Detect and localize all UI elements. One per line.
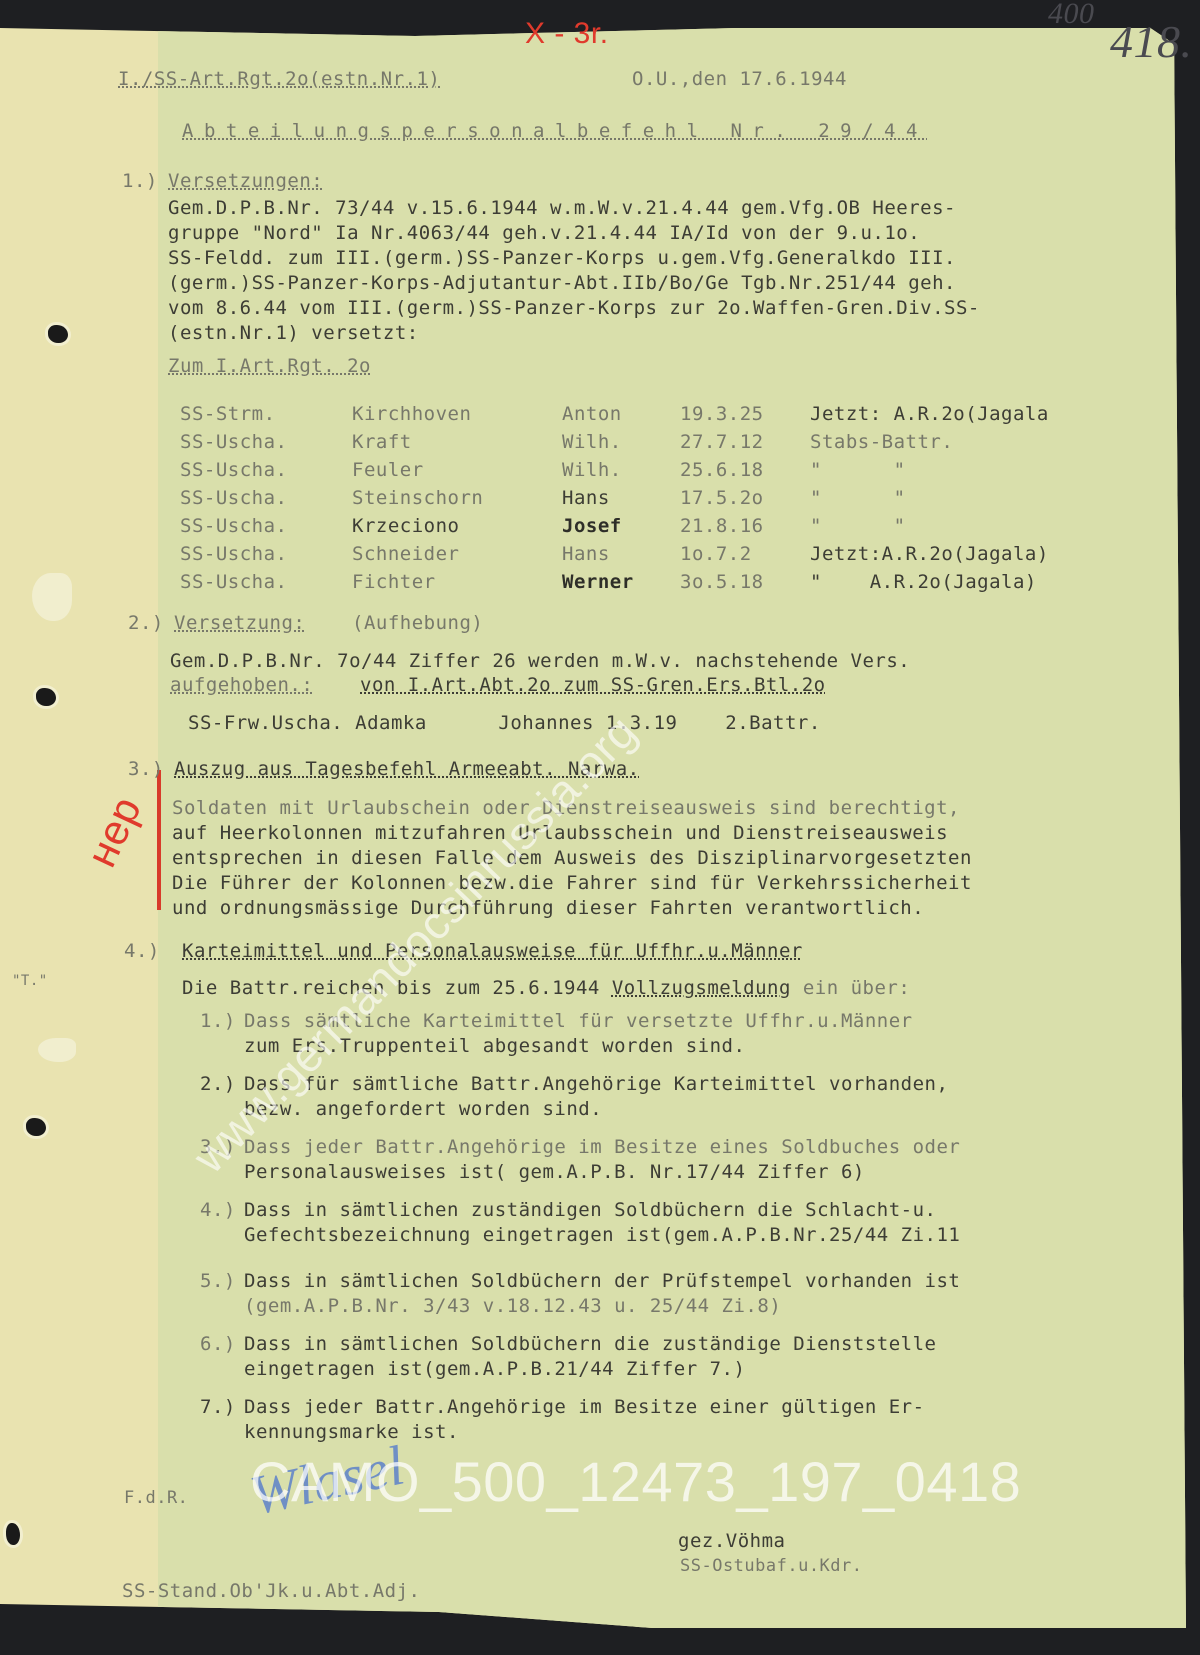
table-row: SS-Uscha. Schneider Hans 1o.7.2 Jetzt:A.…: [180, 543, 1049, 571]
transfer-entry: SS-Frw.Uscha. Adamka Johannes 1.3.19 2.B…: [188, 712, 821, 735]
birth-date: 1o.7.2: [680, 543, 810, 571]
section-body-line: (estn.Nr.1) versetzt:: [168, 322, 419, 345]
birth-date: 3o.5.18: [680, 571, 810, 599]
table-row: SS-Uscha. Kraft Wilh. 27.7.12 Stabs-Batt…: [180, 431, 1049, 459]
rank: SS-Uscha.: [180, 459, 352, 487]
birth-date: 19.3.25: [680, 403, 810, 431]
birth-date: 27.7.12: [680, 431, 810, 459]
table-row: SS-Uscha. Feuler Wilh. 25.6.18 " ": [180, 459, 1049, 487]
section-intro: Die Battr.reichen bis zum 25.6.1944 Voll…: [182, 977, 910, 1000]
first-name: Wilh.: [562, 431, 680, 459]
roster-subheading: Zum I.Art.Rgt. 2o: [168, 355, 371, 378]
surname: Schneider: [352, 543, 562, 571]
section-heading: Karteimittel und Personalausweise für Uf…: [182, 940, 803, 963]
destination: " ": [810, 487, 1049, 515]
red-archive-mark: X - 3r.: [525, 22, 609, 45]
surname: Kraft: [352, 431, 562, 459]
surname: Krzeciono: [352, 515, 562, 543]
list-item-line: (gem.A.P.B.Nr. 3/43 v.18.12.43 u. 25/44 …: [244, 1295, 781, 1318]
pencil-folio-old: 400: [1048, 2, 1095, 25]
rank: SS-Uscha.: [180, 515, 352, 543]
surname: Feuler: [352, 459, 562, 487]
birth-date: 17.5.2o: [680, 487, 810, 515]
watermark-file-id: CAMO_500_12473_197_0418: [250, 1470, 1021, 1493]
section-number: 2.): [128, 612, 164, 635]
birth-date: 25.6.18: [680, 459, 810, 487]
table-row: SS-Uscha. Fichter Werner 3o.5.18 " A.R.2…: [180, 571, 1049, 599]
list-item-line: Dass jeder Battr.Angehörige im Besitze e…: [244, 1136, 960, 1159]
birth-date: 21.8.16: [680, 515, 810, 543]
signer-rank: SS-Ostubaf.u.Kdr.: [680, 1555, 863, 1578]
section-number: 3.): [128, 758, 164, 781]
section-body-line: Gem.D.P.B.Nr. 73/44 v.15.6.1944 w.m.W.v.…: [168, 197, 956, 220]
intro-text-end: ein über:: [791, 977, 910, 999]
first-name: Josef: [562, 515, 680, 543]
rank: SS-Strm.: [180, 403, 352, 431]
surname: Fichter: [352, 571, 562, 599]
list-item-number: 1.): [200, 1010, 236, 1033]
first-name: Werner: [562, 571, 680, 599]
section-body-line: vom 8.6.44 vom III.(germ.)SS-Panzer-Korp…: [168, 297, 980, 320]
first-name: Hans: [562, 487, 680, 515]
destination: Jetzt: A.R.2o(Jagala: [810, 403, 1049, 431]
section-heading-suffix: (Aufhebung): [352, 612, 483, 635]
section-body-line: Gem.D.P.B.Nr. 7o/44 Ziffer 26 werden m.W…: [170, 650, 910, 673]
transfer-roster: SS-Strm. Kirchhoven Anton 19.3.25 Jetzt:…: [180, 403, 1049, 599]
section-number: 4.): [124, 940, 160, 963]
list-item-line: Dass in sämtlichen zuständigen Soldbüche…: [244, 1199, 936, 1222]
section-body-line: SS-Feldd. zum III.(germ.)SS-Panzer-Korps…: [168, 247, 956, 270]
adjutant-signature-line: SS-Stand.Ob'Jk.u.Abt.Adj.: [122, 1580, 420, 1603]
surname: Steinschorn: [352, 487, 562, 515]
section-body-line: gruppe "Nord" Ia Nr.4063/44 geh.v.21.4.4…: [168, 222, 920, 245]
surname: Kirchhoven: [352, 403, 562, 431]
list-item-line: eingetragen ist(gem.A.P.B.21/44 Ziffer 7…: [244, 1358, 745, 1381]
first-name: Anton: [562, 403, 680, 431]
rank: SS-Uscha.: [180, 543, 352, 571]
red-margin-note: нер: [88, 794, 139, 868]
list-item-number: 4.): [200, 1199, 236, 1222]
destination: " ": [810, 515, 1049, 543]
document-content: X - 3r. 400 418. I./SS-Art.Rgt.2o(estn.N…: [0, 0, 1200, 1655]
section-body-line: (germ.)SS-Panzer-Korps-Adjutantur-Abt.II…: [168, 272, 956, 295]
unit-designation: I./SS-Art.Rgt.2o(estn.Nr.1): [118, 68, 440, 91]
list-item-line: Dass jeder Battr.Angehörige im Besitze e…: [244, 1396, 925, 1419]
section-number: 1.): [122, 170, 158, 193]
fdr-mark: F.d.R.: [124, 1487, 188, 1510]
list-item-number: 7.): [200, 1396, 236, 1419]
table-row: SS-Uscha. Krzeciono Josef 21.8.16 " ": [180, 515, 1049, 543]
destination: " A.R.2o(Jagala): [810, 571, 1049, 599]
rank: SS-Uscha.: [180, 571, 352, 599]
list-item-line: Dass in sämtlichen Soldbüchern die zustä…: [244, 1333, 936, 1356]
list-item-number: 5.): [200, 1270, 236, 1293]
list-item-line: Personalausweises ist( gem.A.P.B. Nr.17/…: [244, 1161, 865, 1184]
section-body-line: entsprechen in diesen Falle dem Ausweis …: [172, 847, 972, 870]
table-row: SS-Strm. Kirchhoven Anton 19.3.25 Jetzt:…: [180, 403, 1049, 431]
section-body-transfer-route: von I.Art.Abt.2o zum SS-Gren.Ers.Btl.2o: [360, 674, 826, 697]
pencil-folio-number: 418.: [1110, 30, 1193, 53]
list-item-line: Dass in sämtlichen Soldbüchern der Prüfs…: [244, 1270, 960, 1293]
document-title: Abteilungspersonalbefehl Nr. 29/44: [182, 120, 928, 143]
list-item-number: 2.): [200, 1073, 236, 1096]
rank: SS-Uscha.: [180, 487, 352, 515]
intro-vollzugsmeldung: Vollzugsmeldung: [612, 977, 791, 999]
margin-stamp: "T.": [12, 970, 48, 993]
red-margin-line: [157, 770, 161, 910]
destination: " ": [810, 459, 1049, 487]
list-item-line: kennungsmarke ist.: [244, 1421, 459, 1444]
rank: SS-Uscha.: [180, 431, 352, 459]
destination: Jetzt:A.R.2o(Jagala): [810, 543, 1049, 571]
list-item-line: Gefechtsbezeichnung eingetragen ist(gem.…: [244, 1224, 960, 1247]
list-item-number: 6.): [200, 1333, 236, 1356]
table-row: SS-Uscha. Steinschorn Hans 17.5.2o " ": [180, 487, 1049, 515]
first-name: Hans: [562, 543, 680, 571]
signed-by: gez.Vöhma: [678, 1530, 785, 1553]
section-heading: Versetzung:: [174, 612, 305, 635]
section-body-aufgehoben: aufgehoben.:: [170, 674, 313, 697]
list-item-line: Dass für sämtliche Battr.Angehörige Kart…: [244, 1073, 948, 1096]
place-date: O.U.,den 17.6.1944: [632, 68, 847, 91]
section-body-line: und ordnungsmässige Durchführung dieser …: [172, 897, 924, 920]
first-name: Wilh.: [562, 459, 680, 487]
section-body-line: Die Führer der Kolonnen bezw.die Fahrer …: [172, 872, 972, 895]
section-heading: Versetzungen:: [168, 170, 323, 193]
destination: Stabs-Battr.: [810, 431, 1049, 459]
